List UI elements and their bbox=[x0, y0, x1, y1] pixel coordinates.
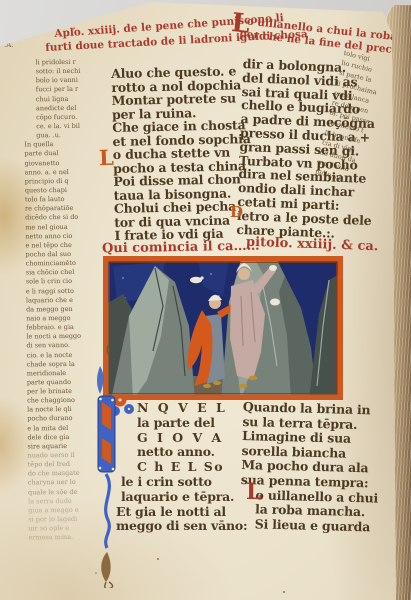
rubric-mid-left: Qui comincia il ca…… bbox=[102, 239, 260, 257]
text-line: le i crin sotto bbox=[113, 475, 238, 490]
manuscript-photo: .A. Apľo. xxiiij. de le pene che punisco… bbox=[0, 0, 411, 600]
text-line: Si lieua e guarda bbox=[240, 517, 352, 535]
quire-mark: .A. bbox=[4, 41, 14, 49]
verse-column-left-bottom: N Q V E Lla parte delG I O V Anetto anno… bbox=[113, 401, 238, 534]
initial-D-dietro: D bbox=[230, 205, 243, 220]
pen-flourish-drop bbox=[107, 344, 110, 355]
parchment-specks bbox=[157, 558, 159, 560]
pen-flourish-leaf bbox=[97, 366, 104, 394]
verse-column-right-bottom: Quando la brina insu la terra tēpra.Lima… bbox=[240, 400, 355, 534]
verse-column-left-top: Aluo che questo. erotto a nol dopchiaMon… bbox=[111, 64, 243, 242]
text-line: la parte del bbox=[113, 416, 238, 431]
initial-tail-flourish bbox=[106, 474, 110, 548]
text-line: C h E L So bbox=[113, 460, 238, 475]
text-line: Et gia le notti al bbox=[113, 505, 238, 520]
text-line: laquario e tēpra. bbox=[113, 490, 238, 505]
text-line: G I O V A bbox=[113, 431, 238, 446]
rubric-right: L o uillanello a chui la roba machāt per… bbox=[233, 9, 392, 26]
tail-teardrop bbox=[101, 552, 110, 582]
manuscript-page: .A. Apľo. xxiiij. de le pene che punisco… bbox=[0, 0, 400, 600]
rubric-mid-right: pitolo. xxiiij. & ca. bbox=[246, 235, 379, 255]
text-line: netto anno. bbox=[113, 445, 238, 460]
tail-curl bbox=[105, 582, 113, 588]
text-line: meggo di sen vāno: bbox=[113, 519, 238, 534]
text-line: N Q V E L bbox=[113, 401, 238, 416]
initial-L-lo-ducha: L bbox=[99, 147, 114, 169]
verse-column-right-top: dir a bolongna.del dianol vidi assai tra… bbox=[236, 57, 353, 240]
initial-L-lo-villanello: L bbox=[246, 481, 261, 503]
miniature-dante-virgil-climbing bbox=[103, 256, 343, 400]
